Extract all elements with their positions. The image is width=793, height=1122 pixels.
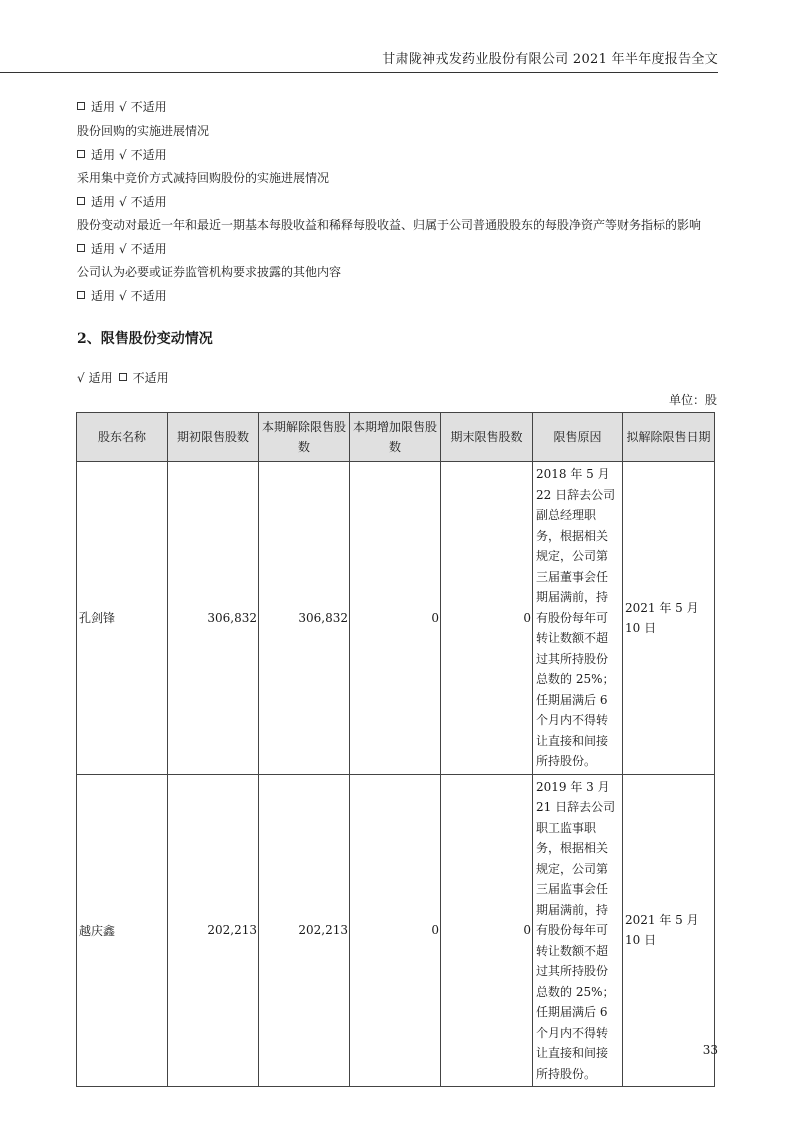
initial-restricted: 202,213 xyxy=(168,774,259,1087)
page-number: 33 xyxy=(0,1043,718,1057)
not-applicable-label: 不适用 xyxy=(131,242,167,256)
header-reason: 限售原因 xyxy=(533,413,623,462)
header-ending: 期末限售股数 xyxy=(441,413,533,462)
applicable-label: 适用 xyxy=(91,242,115,256)
shareholder-name: 越庆鑫 xyxy=(77,774,168,1087)
applicable-label: 适用 xyxy=(91,289,115,303)
header-release-date: 拟解除限售日期 xyxy=(623,413,715,462)
added: 0 xyxy=(350,774,441,1087)
applicability-option: 适用√不适用 xyxy=(77,146,167,163)
shareholder-name: 孔剑锋 xyxy=(77,462,168,775)
released: 306,832 xyxy=(259,462,350,775)
ending: 0 xyxy=(441,462,533,775)
check-icon: √ xyxy=(119,242,127,256)
check-icon: √ xyxy=(119,100,127,114)
unchecked-box-icon xyxy=(77,244,85,252)
section-heading: 2、限售股份变动情况 xyxy=(77,328,213,348)
not-applicable-label: 不适用 xyxy=(131,289,167,303)
added: 0 xyxy=(350,462,441,775)
applicability-option: 适用√不适用 xyxy=(77,98,167,115)
header-divider xyxy=(0,72,718,73)
ending: 0 xyxy=(441,774,533,1087)
restricted-shares-table: 股东名称 期初限售股数 本期解除限售股数 本期增加限售股数 期末限售股数 限售原… xyxy=(76,412,715,1087)
paragraph-text: 股份变动对最近一年和最近一期基本每股收益和稀释每股收益、归属于公司普通股股东的每… xyxy=(77,216,701,233)
header-added: 本期增加限售股数 xyxy=(350,413,441,462)
header-initial-restricted: 期初限售股数 xyxy=(168,413,259,462)
section-applicability-option: √适用不适用 xyxy=(77,369,169,386)
header-released: 本期解除限售股数 xyxy=(259,413,350,462)
applicability-option: 适用√不适用 xyxy=(77,193,167,210)
paragraph-text: 采用集中竞价方式减持回购股份的实施进展情况 xyxy=(77,169,329,186)
released: 202,213 xyxy=(259,774,350,1087)
check-icon: √ xyxy=(119,195,127,209)
restriction-reason: 2019 年 3 月 21 日辞去公司职工监事职务，根据相关规定，公司第三届监事… xyxy=(533,774,623,1087)
unit-label: 单位：股 xyxy=(669,391,717,408)
document-header: 甘肃陇神戎发药业股份有限公司 2021 年半年度报告全文 xyxy=(0,48,718,67)
check-icon: √ xyxy=(119,289,127,303)
release-date: 2021 年 5 月 10 日 xyxy=(623,462,715,775)
applicability-option: 适用√不适用 xyxy=(77,240,167,257)
paragraph-text: 公司认为必要或证券监管机构要求披露的其他内容 xyxy=(77,263,341,280)
unchecked-box-icon xyxy=(77,197,85,205)
table-header-row: 股东名称 期初限售股数 本期解除限售股数 本期增加限售股数 期末限售股数 限售原… xyxy=(77,413,715,462)
applicable-label: 适用 xyxy=(89,371,113,385)
check-icon: √ xyxy=(77,371,85,385)
not-applicable-label: 不适用 xyxy=(131,195,167,209)
unchecked-box-icon xyxy=(77,102,85,110)
unchecked-box-icon xyxy=(77,150,85,158)
not-applicable-label: 不适用 xyxy=(133,371,169,385)
restriction-reason: 2018 年 5 月 22 日辞去公司副总经理职务，根据相关规定，公司第三届董事… xyxy=(533,462,623,775)
check-icon: √ xyxy=(119,148,127,162)
applicable-label: 适用 xyxy=(91,100,115,114)
initial-restricted: 306,832 xyxy=(168,462,259,775)
applicability-option: 适用√不适用 xyxy=(77,287,167,304)
not-applicable-label: 不适用 xyxy=(131,100,167,114)
unchecked-box-icon xyxy=(119,373,127,381)
table-row: 孔剑锋 306,832 306,832 0 0 2018 年 5 月 22 日辞… xyxy=(77,462,715,775)
paragraph-text: 股份回购的实施进展情况 xyxy=(77,122,209,139)
unchecked-box-icon xyxy=(77,291,85,299)
applicable-label: 适用 xyxy=(91,195,115,209)
header-shareholder-name: 股东名称 xyxy=(77,413,168,462)
table-row: 越庆鑫 202,213 202,213 0 0 2019 年 3 月 21 日辞… xyxy=(77,774,715,1087)
applicable-label: 适用 xyxy=(91,148,115,162)
not-applicable-label: 不适用 xyxy=(131,148,167,162)
release-date: 2021 年 5 月 10 日 xyxy=(623,774,715,1087)
